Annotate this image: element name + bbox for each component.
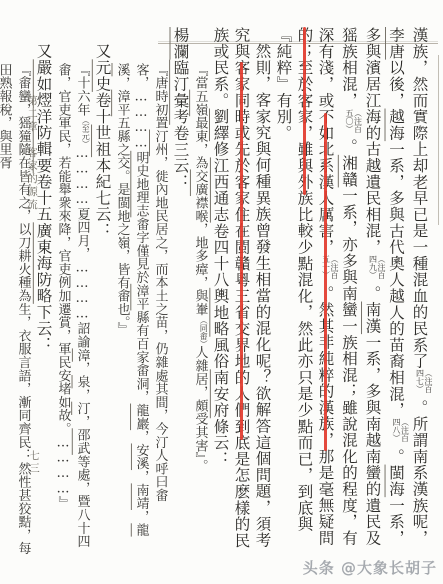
- page-number: 七三: [27, 450, 42, 475]
- text-run: ，: [115, 76, 130, 89]
- book-title-mark: 輿地略: [212, 288, 230, 337]
- proper-noun-mark: 南靖: [134, 483, 149, 510]
- proper-noun-mark: 汀州: [153, 130, 168, 157]
- proper-noun-mark: 閩海: [387, 465, 405, 498]
- text-run: ，: [134, 510, 149, 523]
- highlight-line-3: [240, 62, 243, 440]
- quote-block: 『唐時初置汀州，徙內地民居之，而本土之苗，仍雜處其間，今汀人呼曰畬客，…………明…: [113, 27, 170, 560]
- paragraph: 漢族，然而實際上却老早已是一種混血的民系了（注百四七）。所謂南系漢族呢，李唐以後…: [273, 27, 433, 560]
- text-run: 下云：: [35, 303, 53, 352]
- text-flow: 漢族，然而實際上却老早已是一種混血的民系了（注百四七）。所謂南系漢族呢，李唐以後…: [0, 27, 432, 560]
- text-run: ，: [134, 430, 149, 443]
- book-title-mark: 廣東海防略: [35, 222, 53, 304]
- text-run: 『當: [193, 63, 208, 90]
- proper-noun-mark: 五嶺: [193, 90, 208, 117]
- page-edge-line: [438, 55, 439, 225]
- text-run: ，: [134, 470, 149, 483]
- text-run: 五縣之交。是閩地之嶺，皆有畬也。』: [115, 116, 130, 336]
- text-run: 人雜居，頗受其害』。: [193, 346, 208, 473]
- text-run: 漢族，然而實際上却老早已是一種混血的民系了: [411, 27, 429, 369]
- proper-noun-mark: 泉: [75, 375, 90, 388]
- book-title-mark: 臨汀彙考: [172, 60, 190, 125]
- text-run: 風俗: [212, 337, 230, 370]
- proper-noun-mark: 邵武: [75, 428, 90, 455]
- inline-note: （注百五〇）: [345, 109, 362, 139]
- text-run: ，: [75, 415, 90, 428]
- text-run: 。: [387, 448, 405, 464]
- text-run: 卷十: [94, 91, 112, 124]
- quote-block: 『當五嶺最東，為交廣襟喉，地多瘴，與輋（同畬）人雜居，頗受其害』。: [191, 27, 210, 560]
- inline-note: （注百四八）: [392, 418, 409, 448]
- highlight-line-2: [303, 27, 306, 195]
- proper-noun-mark: 漳平: [134, 284, 149, 311]
- text-run: 。: [340, 139, 358, 155]
- book-page: 漢族，然而實際上却老早已是一種混血的民系了（注百四七）。所謂南系漢族呢，李唐以後…: [0, 0, 443, 584]
- text-run: 又: [35, 43, 53, 59]
- proper-noun-mark: 龍巖: [134, 404, 149, 431]
- proper-noun-mark: 漳: [75, 348, 90, 361]
- text-run: 條云：: [212, 418, 230, 467]
- text-run: 。所謂南系漢族呢，: [411, 399, 429, 546]
- watermark: 头条 @大象长胡子: [303, 557, 437, 578]
- book-title-mark: 明史地理志: [134, 151, 149, 218]
- proper-noun-mark: 漳平: [115, 90, 130, 117]
- quote-block: 『十六年（至元）…………夏四月，…………詔諭漳，泉，汀，邵武等處，暨八十四畬，官…: [54, 27, 92, 560]
- text-run: ，: [75, 362, 90, 375]
- text-run: 襟喉，地多瘴，與輋: [193, 196, 208, 316]
- book-title-mark: 江西通志: [212, 157, 230, 222]
- text-run: 又: [94, 43, 112, 59]
- book-title-mark: 元史: [94, 59, 112, 92]
- proper-noun-mark: 安溪: [134, 443, 149, 470]
- inline-note: （同畬）: [199, 316, 208, 346]
- proper-noun-mark: 南安府: [212, 369, 230, 418]
- proper-noun-mark: 楊瀾: [172, 27, 190, 60]
- highlight-line-1: [324, 113, 327, 451]
- running-title: 第二章 客家的源流: [25, 95, 40, 212]
- text-run: 縣有百家畬洞，: [134, 310, 149, 403]
- text-run: 畬字僅見於: [134, 217, 149, 284]
- paragraph: 楊瀾臨汀彙考卷三云：: [170, 27, 191, 560]
- proper-noun-mark: 世祖: [94, 124, 112, 157]
- text-run: 最東，為: [193, 116, 208, 169]
- proper-noun-mark: 李唐: [387, 27, 405, 60]
- text-run: 本紀七云：: [94, 157, 112, 239]
- text-run: 以後，: [387, 60, 405, 109]
- proper-noun-mark: 湘贛: [340, 155, 358, 188]
- text-run: 。: [364, 285, 382, 301]
- inline-note: （注百四七）: [415, 369, 432, 399]
- text-run: 修: [212, 141, 230, 157]
- paragraph: 又元史卷十世祖本紀七云：: [92, 27, 113, 560]
- text-run: ，: [75, 388, 90, 401]
- inline-note: （注百四九）: [368, 255, 385, 285]
- inline-note: （至元）: [81, 116, 90, 146]
- proper-noun-mark: 交廣: [193, 169, 208, 196]
- proper-noun-mark: 汀: [75, 402, 90, 415]
- proper-noun-mark: 越海: [387, 109, 405, 142]
- text-run: …………夏四月，…………詔諭: [75, 146, 90, 348]
- proper-noun-mark: 南漢: [364, 302, 382, 335]
- text-run: 『唐時初置: [153, 63, 168, 130]
- proper-noun-mark: 劉繹: [212, 109, 230, 142]
- text-run: 卷三云：: [172, 125, 190, 190]
- text-run: 一系，多與古代奧人越人的苗裔相混，: [387, 141, 405, 418]
- text-run: 『十六年: [75, 63, 90, 116]
- text-run: 卷四十八: [212, 223, 230, 288]
